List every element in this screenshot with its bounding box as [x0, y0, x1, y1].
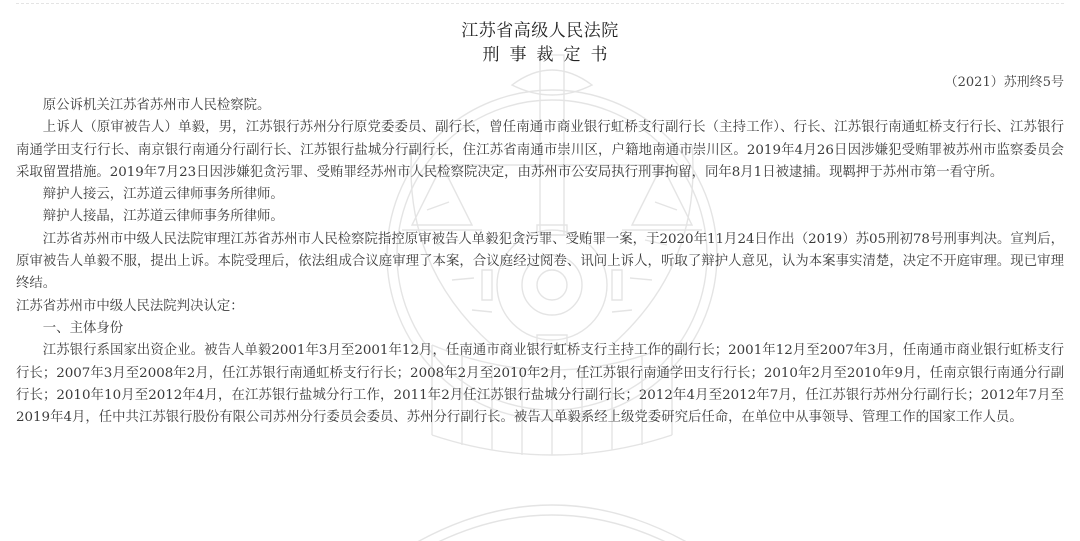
document-body: 原公诉机关江苏省苏州市人民检察院。 上诉人（原审被告人）单毅，男，江苏银行苏州分…	[16, 95, 1064, 429]
paragraph-appellant: 上诉人（原审被告人）单毅，男，江苏银行苏州分行原党委委员、副行长，曾任南通市商业…	[16, 117, 1064, 184]
section-heading-identity: 一、主体身份	[16, 318, 1064, 340]
paragraph-findings-intro: 江苏省苏州市中级人民法院判决认定：	[16, 296, 1064, 318]
paragraph-defender-1: 辩护人接云，江苏道云律师事务所律师。	[16, 184, 1064, 206]
case-number: （2021）苏刑终5号	[945, 71, 1064, 90]
paragraph-prosecutor: 原公诉机关江苏省苏州市人民检察院。	[16, 95, 1064, 117]
top-divider	[16, 3, 1064, 4]
court-name: 江苏省高级人民法院	[0, 16, 1080, 41]
paragraph-case-history: 江苏省苏州市中级人民法院审理江苏省苏州市人民检察院指控原审被告人单毅犯贪污罪、受…	[16, 229, 1064, 296]
paragraph-defender-2: 辩护人接晶，江苏道云律师事务所律师。	[16, 206, 1064, 228]
document-type-title: 刑事裁定书	[0, 40, 1080, 65]
paragraph-identity: 江苏银行系国家出资企业。被告人单毅2001年3月至2001年12月，任南通市商业…	[16, 340, 1064, 429]
